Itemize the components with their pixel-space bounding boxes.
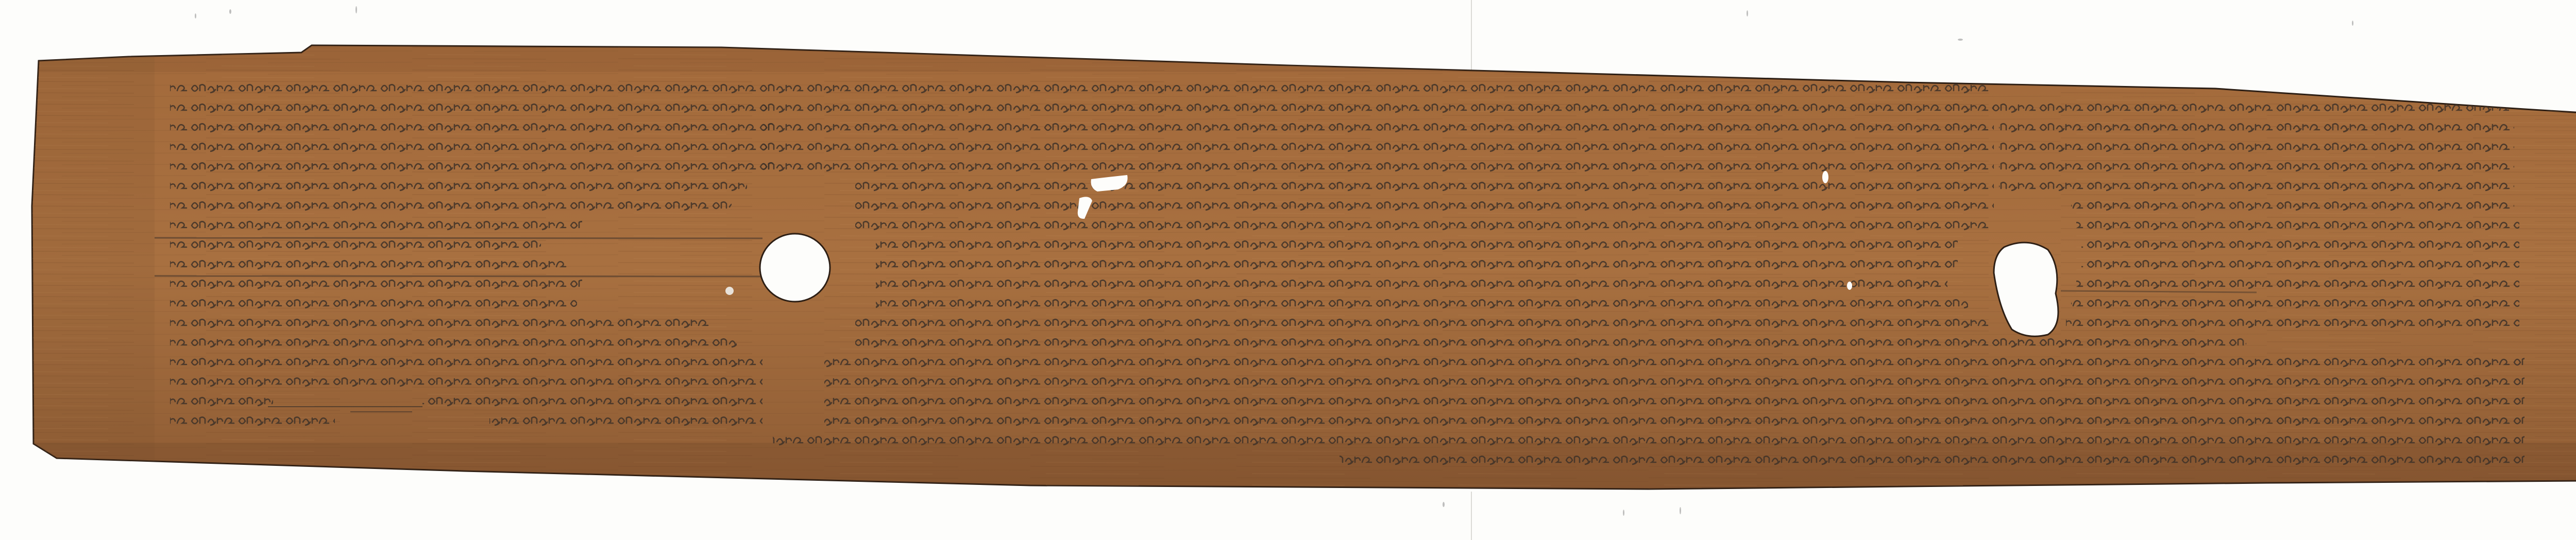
binding-hole-left: [760, 234, 830, 302]
worm-hole: [1847, 282, 1852, 290]
worm-hole: [725, 287, 734, 295]
palm-leaf: [0, 0, 2576, 540]
worm-hole: [1822, 171, 1828, 183]
scan-page: 510 512: [0, 0, 2576, 540]
